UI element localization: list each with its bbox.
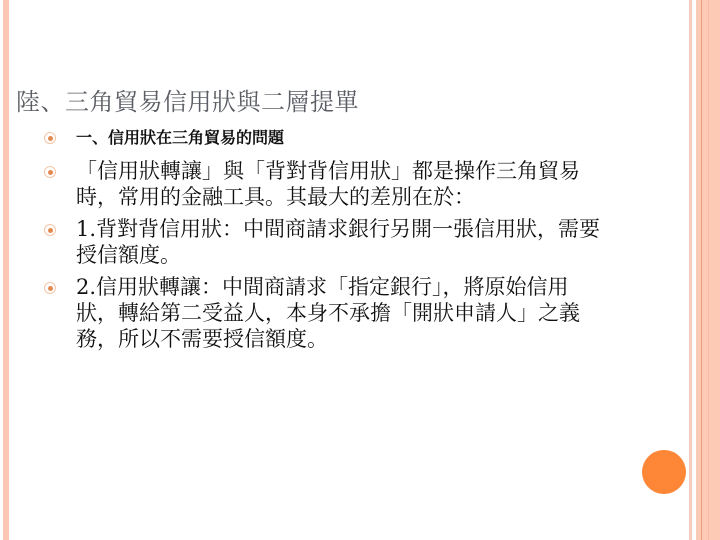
right-frame-accent-line xyxy=(701,0,702,540)
bullet-text: 2.信用狀轉讓：中間商請求「指定銀行」，將原始信用狀，轉給第二受益人，本身不承擔… xyxy=(76,275,580,351)
slide-content: 一、信用狀在三角貿易的問題 「信用狀轉讓」與「背對背信用狀」都是操作三角貿易時，… xyxy=(44,126,604,358)
bullet-text: 一、信用狀在三角貿易的問題 xyxy=(76,128,284,147)
bullet-item-intro: 「信用狀轉讓」與「背對背信用狀」都是操作三角貿易時，常用的金融工具。其最大的差別… xyxy=(44,158,604,210)
bullet-text: 「信用狀轉讓」與「背對背信用狀」都是操作三角貿易時，常用的金融工具。其最大的差別… xyxy=(76,159,580,209)
bullet-item-transfer: 2.信用狀轉讓：中間商請求「指定銀行」，將原始信用狀，轉給第二受益人，本身不承擔… xyxy=(44,274,604,352)
right-frame-inner-line xyxy=(708,0,709,540)
bullet-item-back-to-back: 1.背對背信用狀：中間商請求銀行另開一張信用狀，需要授信額度。 xyxy=(44,216,604,268)
left-frame-bar xyxy=(3,0,9,540)
slide-title: 陸、三角貿易信用狀與二層提單 xyxy=(16,82,359,117)
bullet-icon xyxy=(44,132,56,144)
bullet-icon xyxy=(44,282,56,294)
decorative-orange-circle xyxy=(642,450,686,494)
bullet-icon xyxy=(44,166,56,178)
bullet-item-heading: 一、信用狀在三角貿易的問題 xyxy=(44,126,604,150)
bullet-text: 1.背對背信用狀：中間商請求銀行另開一張信用狀，需要授信額度。 xyxy=(76,217,600,267)
bullet-icon xyxy=(44,224,56,236)
right-frame-thin-line xyxy=(689,0,692,540)
